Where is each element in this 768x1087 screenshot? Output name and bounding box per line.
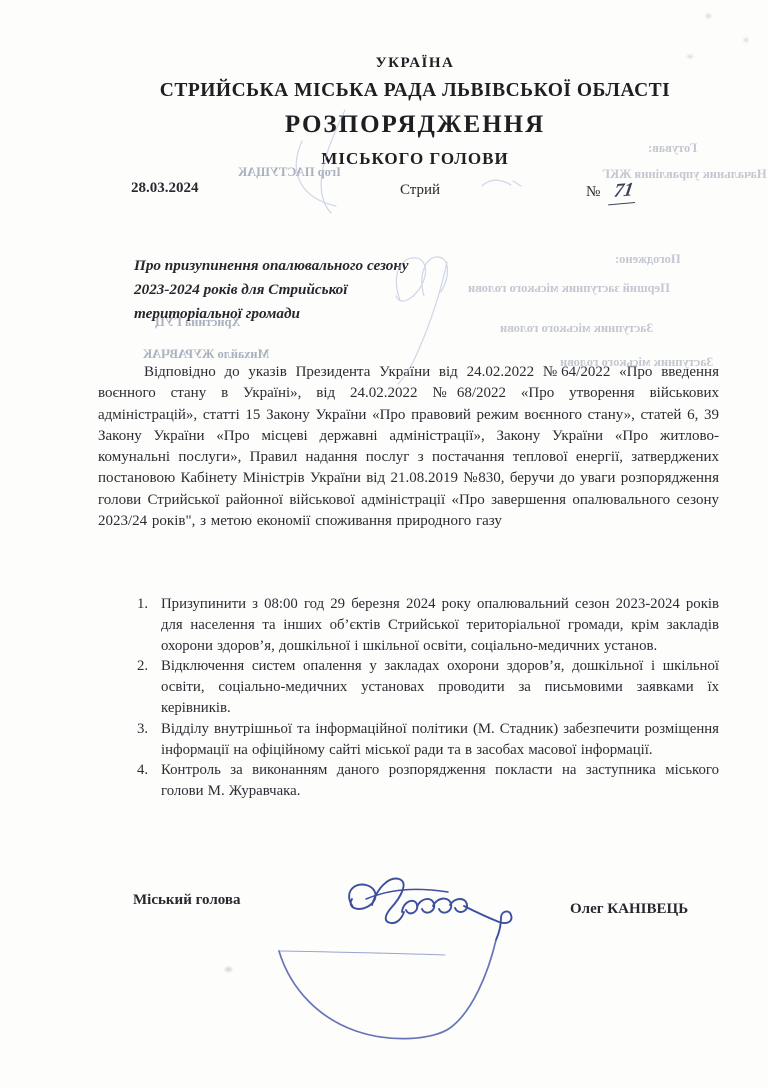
bleed-prepared-label: Готував: [648,141,697,156]
bleed-agreed-name-3: Михайло ЖУРАВЧАК [143,347,269,362]
doc-number-handwritten: 71 [608,179,639,206]
bleed-prepared-title: Начальник управління ЖКГ [602,167,767,182]
issue-place: Стрий [300,182,540,199]
issue-date: 28.03.2024 [131,180,199,197]
order-item-1: Призупинити з 08:00 год 29 березня 2024 … [161,594,719,656]
scan-speck [706,14,711,18]
subject-line-3: територіальної громади [134,302,474,326]
signatory-title: Міський голова [133,892,240,909]
order-item-3: Відділу внутрішньої та інформаційної пол… [161,719,719,761]
scan-speck [744,38,748,42]
subject-line-2: 2023-2024 років для Стрийської [134,278,474,302]
order-item-4: Контроль за виконанням даного розпорядже… [161,760,719,802]
doc-number: №71 [586,180,637,204]
bleed-agreed-label: Погоджено: [615,252,681,267]
signatory-name: Олег КАНІВЕЦЬ [570,901,688,918]
bleed-agreed-title-2: Заступник міського голови [500,321,653,336]
header-council: СТРИЙСЬКА МІСЬКА РАДА ЛЬВІВСЬКОЇ ОБЛАСТІ [72,80,758,102]
subject-line-1: Про призупинення опалювального сезону [134,254,474,278]
scan-speck [687,55,693,58]
subject-block: Про призупинення опалювального сезону 20… [134,254,474,326]
order-item-2: Відключення систем опалення у закладах о… [161,656,719,718]
preamble-paragraph: Відповідно до указів Президента України … [98,362,719,532]
bleed-prepared-name: Ігор ПАСТУЩАК [238,165,341,180]
header-doc-type: РОЗПОРЯДЖЕННЯ [72,111,758,139]
bleed-agreed-title-1: Перший заступник міського голови [468,281,670,296]
order-list: Призупинити з 08:00 год 29 березня 2024 … [137,594,719,802]
header-country: УКРАЇНА [72,55,758,72]
scan-speck [225,967,232,972]
scanned-document-page: УКРАЇНА СТРИЙСЬКА МІСЬКА РАДА ЛЬВІВСЬКОЇ… [0,0,768,1087]
doc-number-label: № [586,184,600,200]
